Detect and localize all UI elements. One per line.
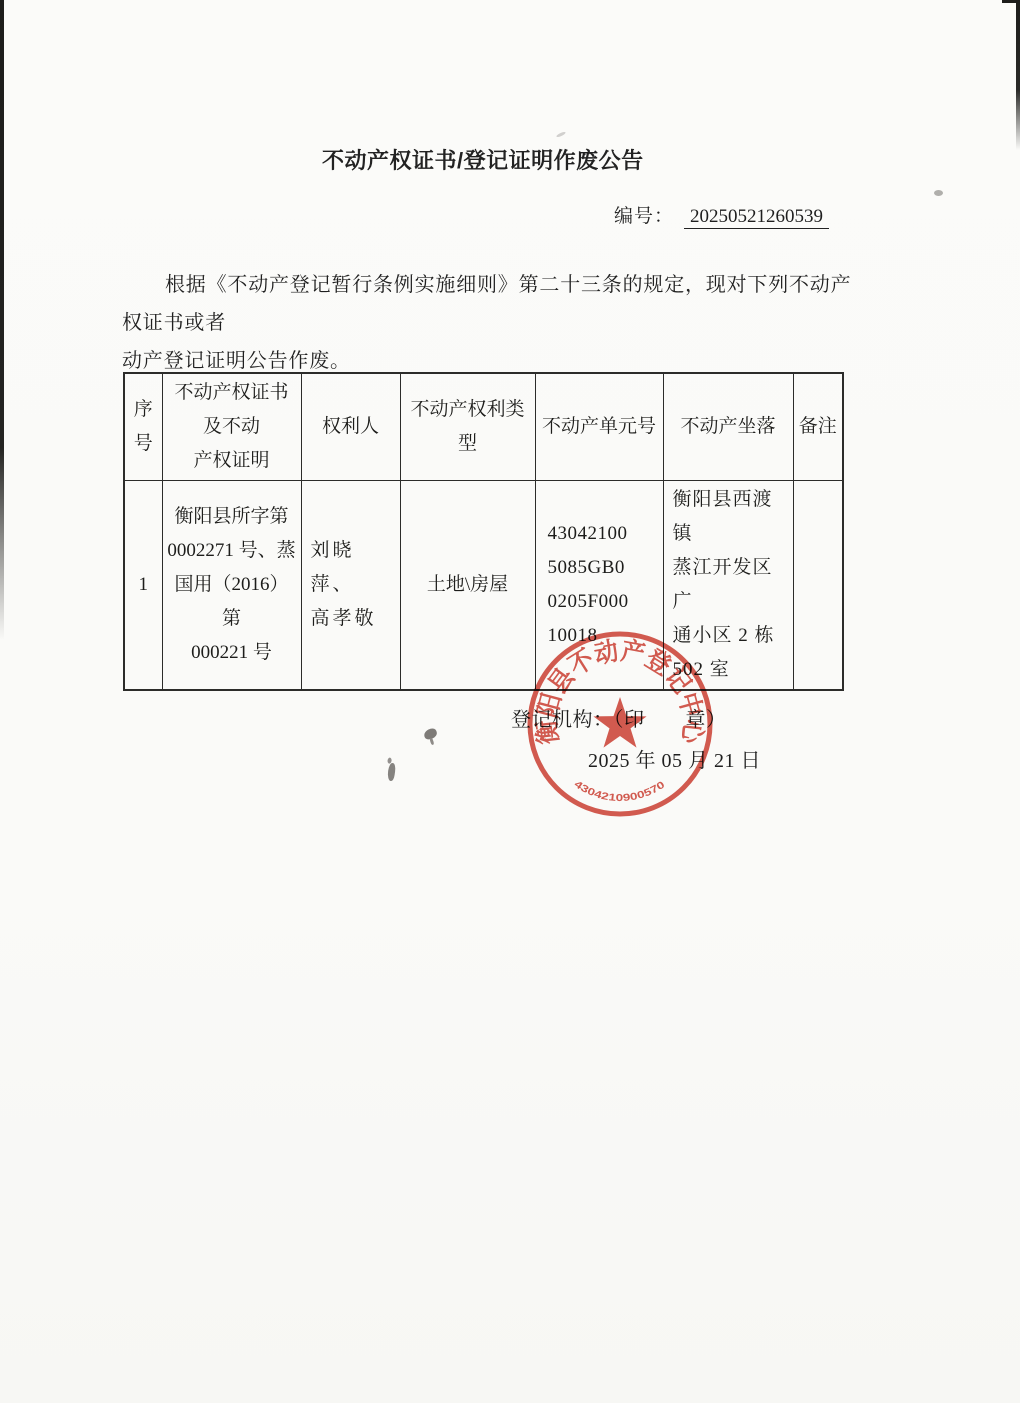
document-number-line: 编号：20250521260539: [614, 201, 829, 228]
cell-right-type: 土地\房屋: [400, 481, 535, 691]
cell-index: 1: [124, 481, 162, 691]
table-row: 1 衡阳县所字第 0002271 号、蒸 国用（2016）第 000221 号 …: [124, 481, 843, 691]
document-number-label: 编号：: [614, 206, 674, 227]
document-number-value: 20250521260539: [684, 206, 829, 229]
ink-speck: [387, 763, 396, 782]
scan-edge-artifact-right: [1016, 0, 1020, 150]
header-holder: 权利人: [301, 373, 400, 481]
header-remark: 备注: [793, 373, 843, 481]
scan-edge-artifact-left: [0, 0, 4, 640]
ink-speck: [556, 131, 566, 138]
header-unit-number: 不动产单元号: [535, 373, 663, 481]
seal-serial-number: 4304210900570: [572, 779, 668, 804]
body-paragraph-line1: 根据《不动产登记暂行条例实施细则》第二十三条的规定，现对下列不动产权证书或者: [122, 266, 864, 342]
cell-holder: 刘晓萍、 高孝敬: [301, 481, 400, 691]
cell-certificate: 衡阳县所字第 0002271 号、蒸 国用（2016）第 000221 号: [162, 481, 301, 691]
header-certificate: 不动产权证书及不动 产权证明: [162, 373, 301, 481]
header-location: 不动产坐落: [663, 373, 793, 481]
invalidation-table: 序号 不动产权证书及不动 产权证明 权利人 不动产权利类型 不动产单元号 不动产…: [123, 372, 844, 691]
header-right-type: 不动产权利类型: [400, 373, 535, 481]
header-index: 序号: [124, 373, 162, 481]
official-seal: 衡阳县不动产登记中心 4304210900570: [520, 624, 720, 824]
seal-star: [593, 697, 646, 748]
ink-speck: [934, 190, 943, 196]
scanned-document-page: 不动产权证书/登记证明作废公告 编号：20250521260539 根据《不动产…: [0, 0, 1020, 1403]
scan-edge-artifact-top: [1002, 0, 1020, 3]
table-header-row: 序号 不动产权证书及不动 产权证明 权利人 不动产权利类型 不动产单元号 不动产…: [124, 373, 843, 481]
ink-speck: [423, 727, 438, 741]
page-title: 不动产权证书/登记证明作废公告: [322, 144, 644, 175]
cell-remark: [793, 481, 843, 691]
body-paragraph: 根据《不动产登记暂行条例实施细则》第二十三条的规定，现对下列不动产权证书或者 动…: [122, 266, 864, 380]
